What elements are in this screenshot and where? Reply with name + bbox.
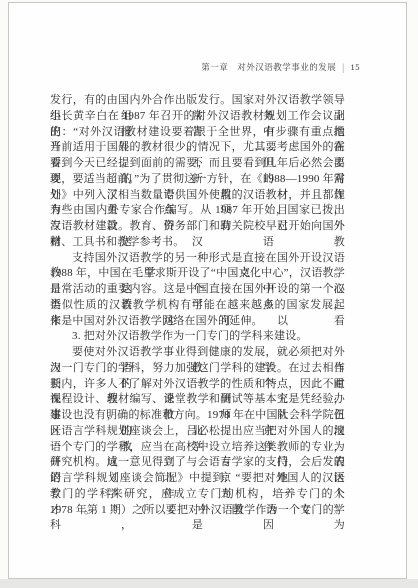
text-line: 日常活动的重要内容。这是中国直接在国外开设的第一个汉语教学点， [50,282,345,298]
text-line: 区语言学科规划座谈会上，吕必松提出应当把对外国人的汉语教学作为 [50,424,345,440]
text-line: 3. 把对外汉语教学作为一门专门的学科来建设。 [50,329,345,345]
text-line: 有些由国内外专家合作编写。从 1987 年开始，国家已拨出专款资助对外 [50,203,345,219]
text-line: 当前适用于国外的教材很少的情况下，尤其要考虑国外的需要。不但要 [50,140,345,156]
running-header: 第一章对外汉语教学事业的发展|15 [50,61,360,73]
header-divider: | [342,61,344,73]
scan-edge-shadow [0,579,418,588]
scanned-book-page: 第一章对外汉语教学事业的发展|15 发行，有的由国内外合作出版发行。国家对外汉语… [0,0,418,588]
chapter-title: 对外汉语教学事业的发展 [237,62,336,72]
page-number: 15 [351,62,361,72]
text-line: 一个专门的学科，应当在高校中设立培养这类教师的专业，并成立专门的 [50,440,345,456]
text-line: 语言学科规划座谈会简况》中提到：“要把对外国人的汉语教学作为一个 [50,471,345,487]
text-line: 要使对外汉语教学事业得到健康的发展，就必须把对外汉语教学作 [50,345,345,361]
text-line: 组长黄辛白在 1987 年召开的对外汉语教材规划工作会议上的报告中指 [50,109,345,125]
text-line: 课程设计、教材编写、课堂教学和测试等基本上是凭经验办事，教师队伍 [50,392,345,408]
text-line: 汉语教材建设。教育、侨务部门和有关院校早已开始向国外赠送汉语教 [50,219,345,235]
text-line: 要，要适当超前。”为了贯彻这一方针，在《1988—1990 年对外汉语教材规 [50,172,345,188]
text-line: 1988 年，中国在毛里求斯开设了“中国文化中心”，汉语教学是这个中心 [50,266,345,282]
text-line: 期内，许多人不了解对外汉语教学的性质和特点，因此不重视理论研究， [50,377,345,393]
text-line: 划》中列入了相当数量专供国外使用的汉语教材，并且都作为重点项目， [50,188,345,204]
text-line: 发行，有的由国内外合作出版发行。国家对外汉语教学领导小组常务副 [50,93,345,109]
text-line: 1978 年第 1 期）之所以要把对外汉语教学作为一个专门的学科，是因为 [50,503,345,519]
text-line: 研究机构。这一意见得到了与会语言学家的支持，会后发表的《北京地区 [50,455,345,471]
text-line: 专门的学科来研究，应成立专门的机构，培养专门的人才。”（《中国语文》 [50,487,345,503]
text-line: 看到今天已经提到面前的需要，而且要看到几年后必然会出现的新的需 [50,156,345,172]
chapter-label: 第一章 [201,62,228,72]
text-line: 支持国外汉语教学的另一种形式是直接在国外开设汉语教学点。 [50,251,345,267]
text-line: 建设也没有明确的标准和方向。1978 年在中国社会科学院召开的北京地 [50,408,345,424]
text-line: 为一门专门的学科，努力加强这门学科的建设。在过去相当长的一个时 [50,361,345,377]
text-line: 类似性质的汉语教学机构有可能在越来越多的国家发展起来。这可以看 [50,298,345,314]
text-line: 出：“对外汉语教材建设要着眼于全世界，有步骤有重点地开展。……在 [50,125,345,141]
body-text: 发行，有的由国内外合作出版发行。国家对外汉语教学领导小组常务副组长黄辛白在 19… [50,93,345,518]
